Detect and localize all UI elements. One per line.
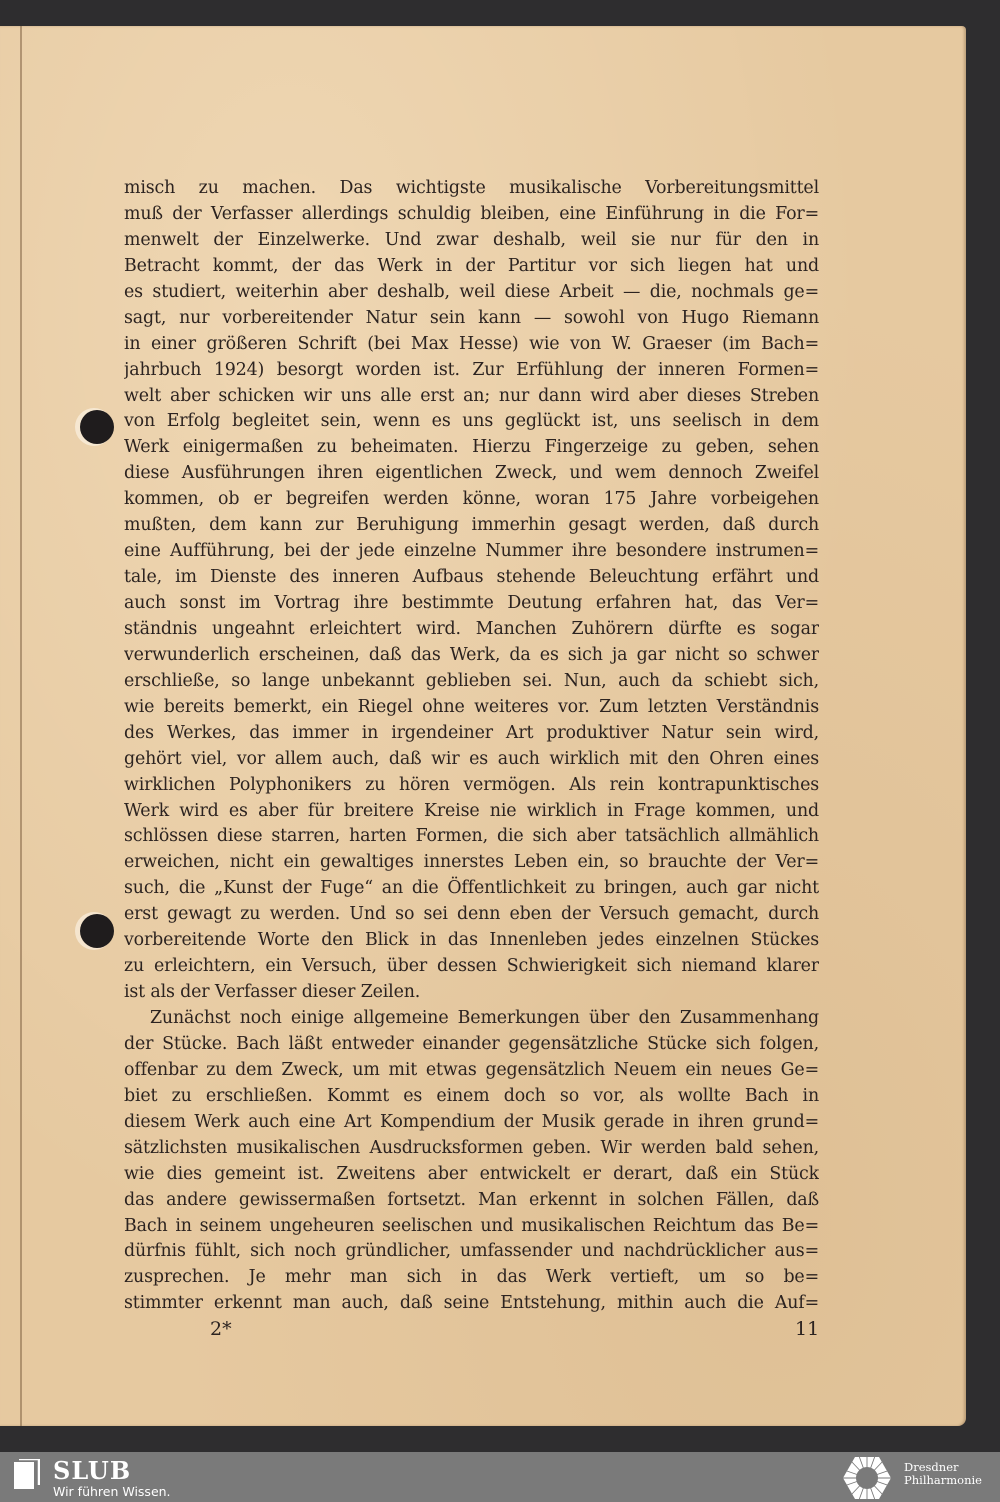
text-line: auch sonst im Vortrag ihre bestimmte Deu… — [124, 591, 819, 617]
slub-book-icon — [14, 1459, 40, 1489]
text-line: zusprechen. Je mehr man sich in das Werk… — [124, 1265, 819, 1291]
text-line: in einer größeren Schrift (bei Max Hesse… — [124, 332, 819, 358]
punch-hole-lower — [80, 914, 114, 948]
dresdner-philharmonie-sunburst-icon — [842, 1455, 892, 1501]
text-line: sätzlichsten musikalischen Ausdrucksform… — [124, 1136, 819, 1162]
slub-logo-text[interactable]: SLUB — [53, 1456, 131, 1485]
text-line: Werk einigermaßen zu beheimaten. Hierzu … — [124, 435, 819, 461]
text-line: zu erleichtern, ein Versuch, über dessen… — [124, 954, 819, 980]
text-line: erweichen, nicht ein gewaltiges innerste… — [124, 850, 819, 876]
text-line: such, die „Kunst der Fuge“ an die Öffent… — [124, 876, 819, 902]
text-line: verwunderlich erscheinen, daß das Werk, … — [124, 643, 819, 669]
body-text: misch zu machen. Das wichtigste musikali… — [124, 176, 819, 1317]
text-line: wirklichen Polyphonikers zu hören vermög… — [124, 773, 819, 799]
text-line: des Werkes, das immer in irgendeiner Art… — [124, 721, 819, 747]
text-line: stimmter erkennt man auch, daß seine Ent… — [124, 1291, 819, 1317]
paragraph-start-line: Zunächst noch einige allgemeine Bemerkun… — [124, 1006, 819, 1032]
text-line: es studiert, weiterhin aber deshalb, wei… — [124, 280, 819, 306]
paragraph-end-line: ist als der Verfasser dieser Zeilen. — [124, 980, 819, 1006]
text-line: welt aber schicken wir uns alle erst an;… — [124, 384, 819, 410]
text-line: Bach in seinem ungeheuren seelischen und… — [124, 1214, 819, 1240]
slub-tagline: Wir führen Wissen. — [53, 1484, 171, 1499]
text-line: diese Ausführungen ihren eigentlichen Zw… — [124, 461, 819, 487]
scanned-page: misch zu machen. Das wichtigste musikali… — [0, 26, 966, 1426]
text-line: mußten, dem kann zur Beruhigung immerhin… — [124, 513, 819, 539]
partner-line-2: Philharmonie — [904, 1473, 982, 1487]
text-line: muß der Verfasser allerdings schuldig bl… — [124, 202, 819, 228]
text-line: schlössen diese starren, harten Formen, … — [124, 824, 819, 850]
page-fold-line — [20, 26, 22, 1426]
text-line: kommen, ob er begreifen werden könne, wo… — [124, 487, 819, 513]
text-line: Werk wird es aber für breitere Kreise ni… — [124, 799, 819, 825]
text-line: vorbereitende Worte den Blick in das Inn… — [124, 928, 819, 954]
dresdner-philharmonie-logo-text[interactable]: Dresdner Philharmonie — [904, 1461, 982, 1487]
text-line: das andere gewissermaßen fortsetzt. Man … — [124, 1188, 819, 1214]
text-line: erst gewagt zu werden. Und so sei denn e… — [124, 902, 819, 928]
text-line: jahrbuch 1924) besorgt worden ist. Zur E… — [124, 358, 819, 384]
text-line: gehört viel, vor allem auch, daß wir es … — [124, 747, 819, 773]
text-line: misch zu machen. Das wichtigste musikali… — [124, 176, 819, 202]
signature-mark: 2* — [210, 1318, 232, 1340]
text-line: menwelt der Einzelwerke. Und zwar deshal… — [124, 228, 819, 254]
text-line: erschließe, so lange unbekannt geblieben… — [124, 669, 819, 695]
footer-bar: SLUB Wir führen Wissen. Dresdner Philhar… — [0, 1452, 1000, 1502]
text-line: diesem Werk auch eine Art Kompendium der… — [124, 1110, 819, 1136]
text-line: offenbar zu dem Zweck, um mit etwas gege… — [124, 1058, 819, 1084]
text-line: tale, im Dienste des inneren Aufbaus ste… — [124, 565, 819, 591]
text-line: wie bereits bemerkt, ein Riegel ohne wei… — [124, 695, 819, 721]
text-line: der Stücke. Bach läßt entweder einander … — [124, 1032, 819, 1058]
text-line: sagt, nur vorbereitender Natur sein kann… — [124, 306, 819, 332]
text-line: eine Aufführung, bei der jede einzelne N… — [124, 539, 819, 565]
text-line: wie dies gemeint ist. Zweitens aber entw… — [124, 1162, 819, 1188]
text-line: ständnis ungeahnt erleichtert wird. Manc… — [124, 617, 819, 643]
punch-hole-upper — [80, 410, 114, 444]
text-line: biet zu erschließen. Kommt es einem doch… — [124, 1084, 819, 1110]
text-line: dürfnis fühlt, sich noch gründlicher, um… — [124, 1239, 819, 1265]
text-line: von Erfolg begleitet sein, wenn es uns g… — [124, 409, 819, 435]
partner-line-1: Dresdner — [904, 1460, 959, 1474]
text-line: Betracht kommt, der das Werk in der Part… — [124, 254, 819, 280]
page-number: 11 — [795, 1318, 819, 1340]
